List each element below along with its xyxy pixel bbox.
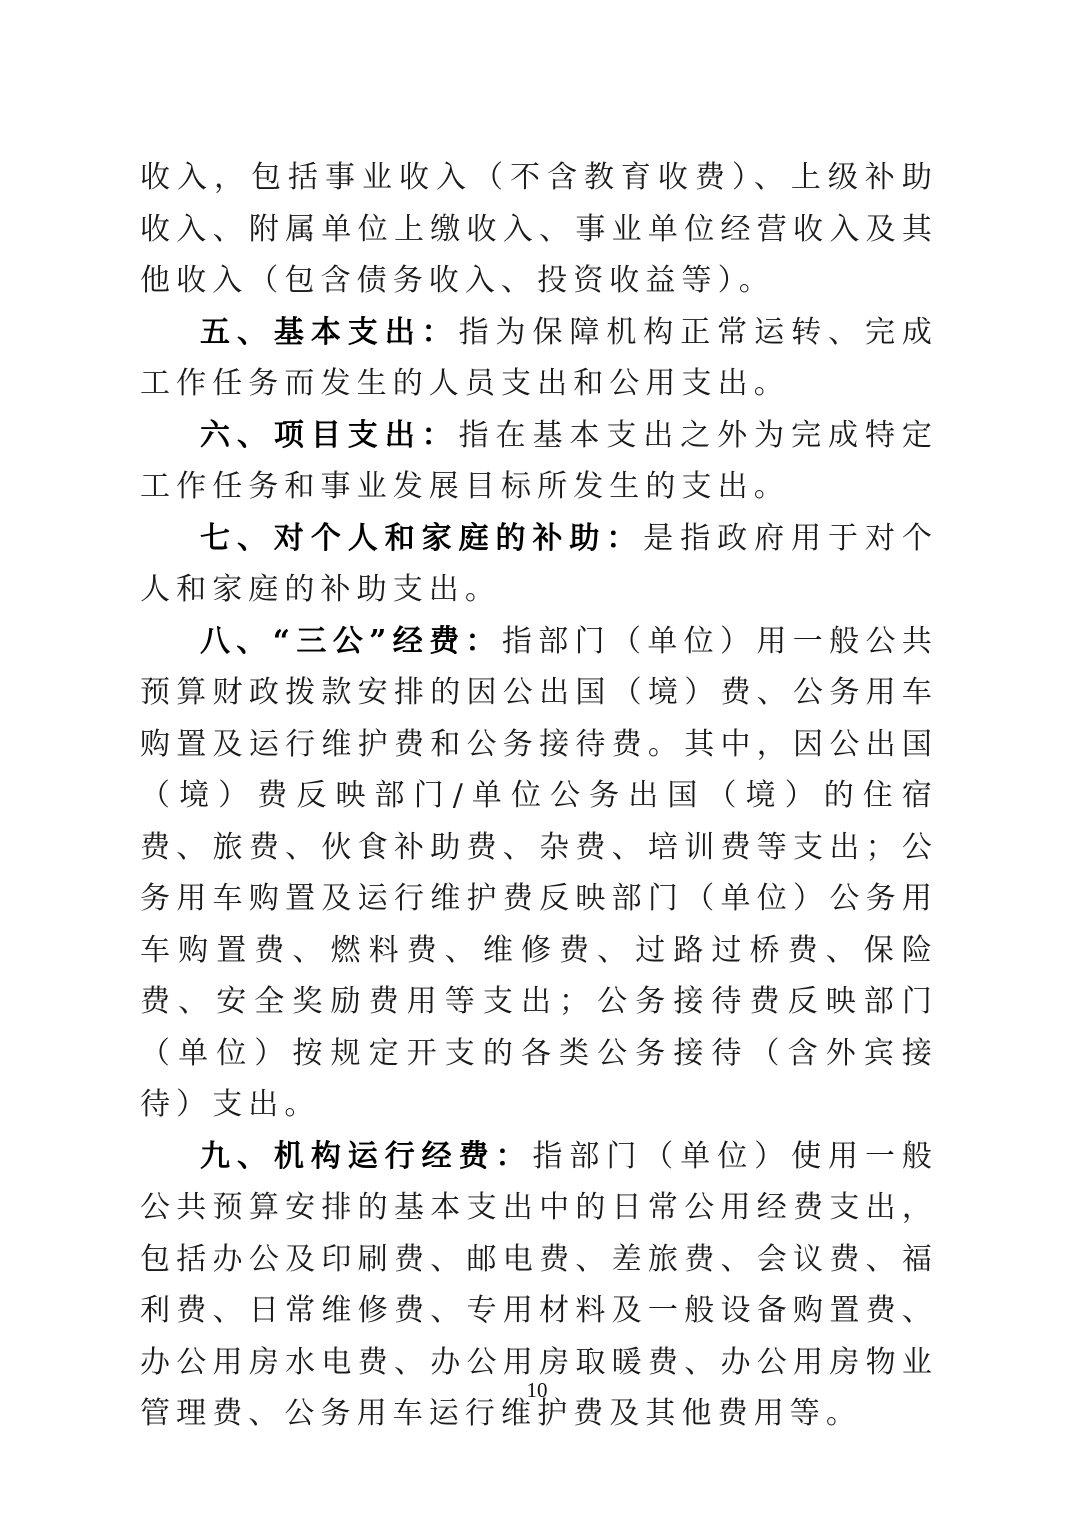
document-page: 收入，包括事业收入（不含教育收费）、上级补助收入、附属单位上缴收入、事业单位经营… bbox=[140, 152, 938, 1440]
page-number: 10 bbox=[0, 1378, 1074, 1403]
paragraph-basic-expenditure: 五、基本支出：指为保障机构正常运转、完成工作任务而发生的人员支出和公用支出。 bbox=[140, 307, 938, 410]
term-heading: 八、“三公”经费： bbox=[200, 624, 502, 659]
term-heading: 七、对个人和家庭的补助： bbox=[200, 521, 643, 556]
paragraph-income-continued: 收入，包括事业收入（不含教育收费）、上级补助收入、附属单位上缴收入、事业单位经营… bbox=[140, 152, 938, 307]
paragraph-body: 收入，包括事业收入（不含教育收费）、上级补助收入、附属单位上缴收入、事业单位经营… bbox=[140, 160, 938, 298]
paragraph-household-subsidy: 七、对个人和家庭的补助：是指政府用于对个人和家庭的补助支出。 bbox=[140, 513, 938, 616]
term-heading: 五、基本支出： bbox=[200, 315, 459, 350]
paragraph-three-public-expenses: 八、“三公”经费：指部门（单位）用一般公共预算财政拨款安排的因公出国（境）费、公… bbox=[140, 616, 938, 1131]
term-heading: 六、项目支出： bbox=[200, 418, 459, 453]
paragraph-project-expenditure: 六、项目支出：指在基本支出之外为完成特定工作任务和事业发展目标所发生的支出。 bbox=[140, 410, 938, 513]
term-heading: 九、机构运行经费： bbox=[200, 1139, 532, 1174]
paragraph-body: 指部门（单位）用一般公共预算财政拨款安排的因公出国（境）费、公务用车购置及运行维… bbox=[140, 624, 938, 1123]
